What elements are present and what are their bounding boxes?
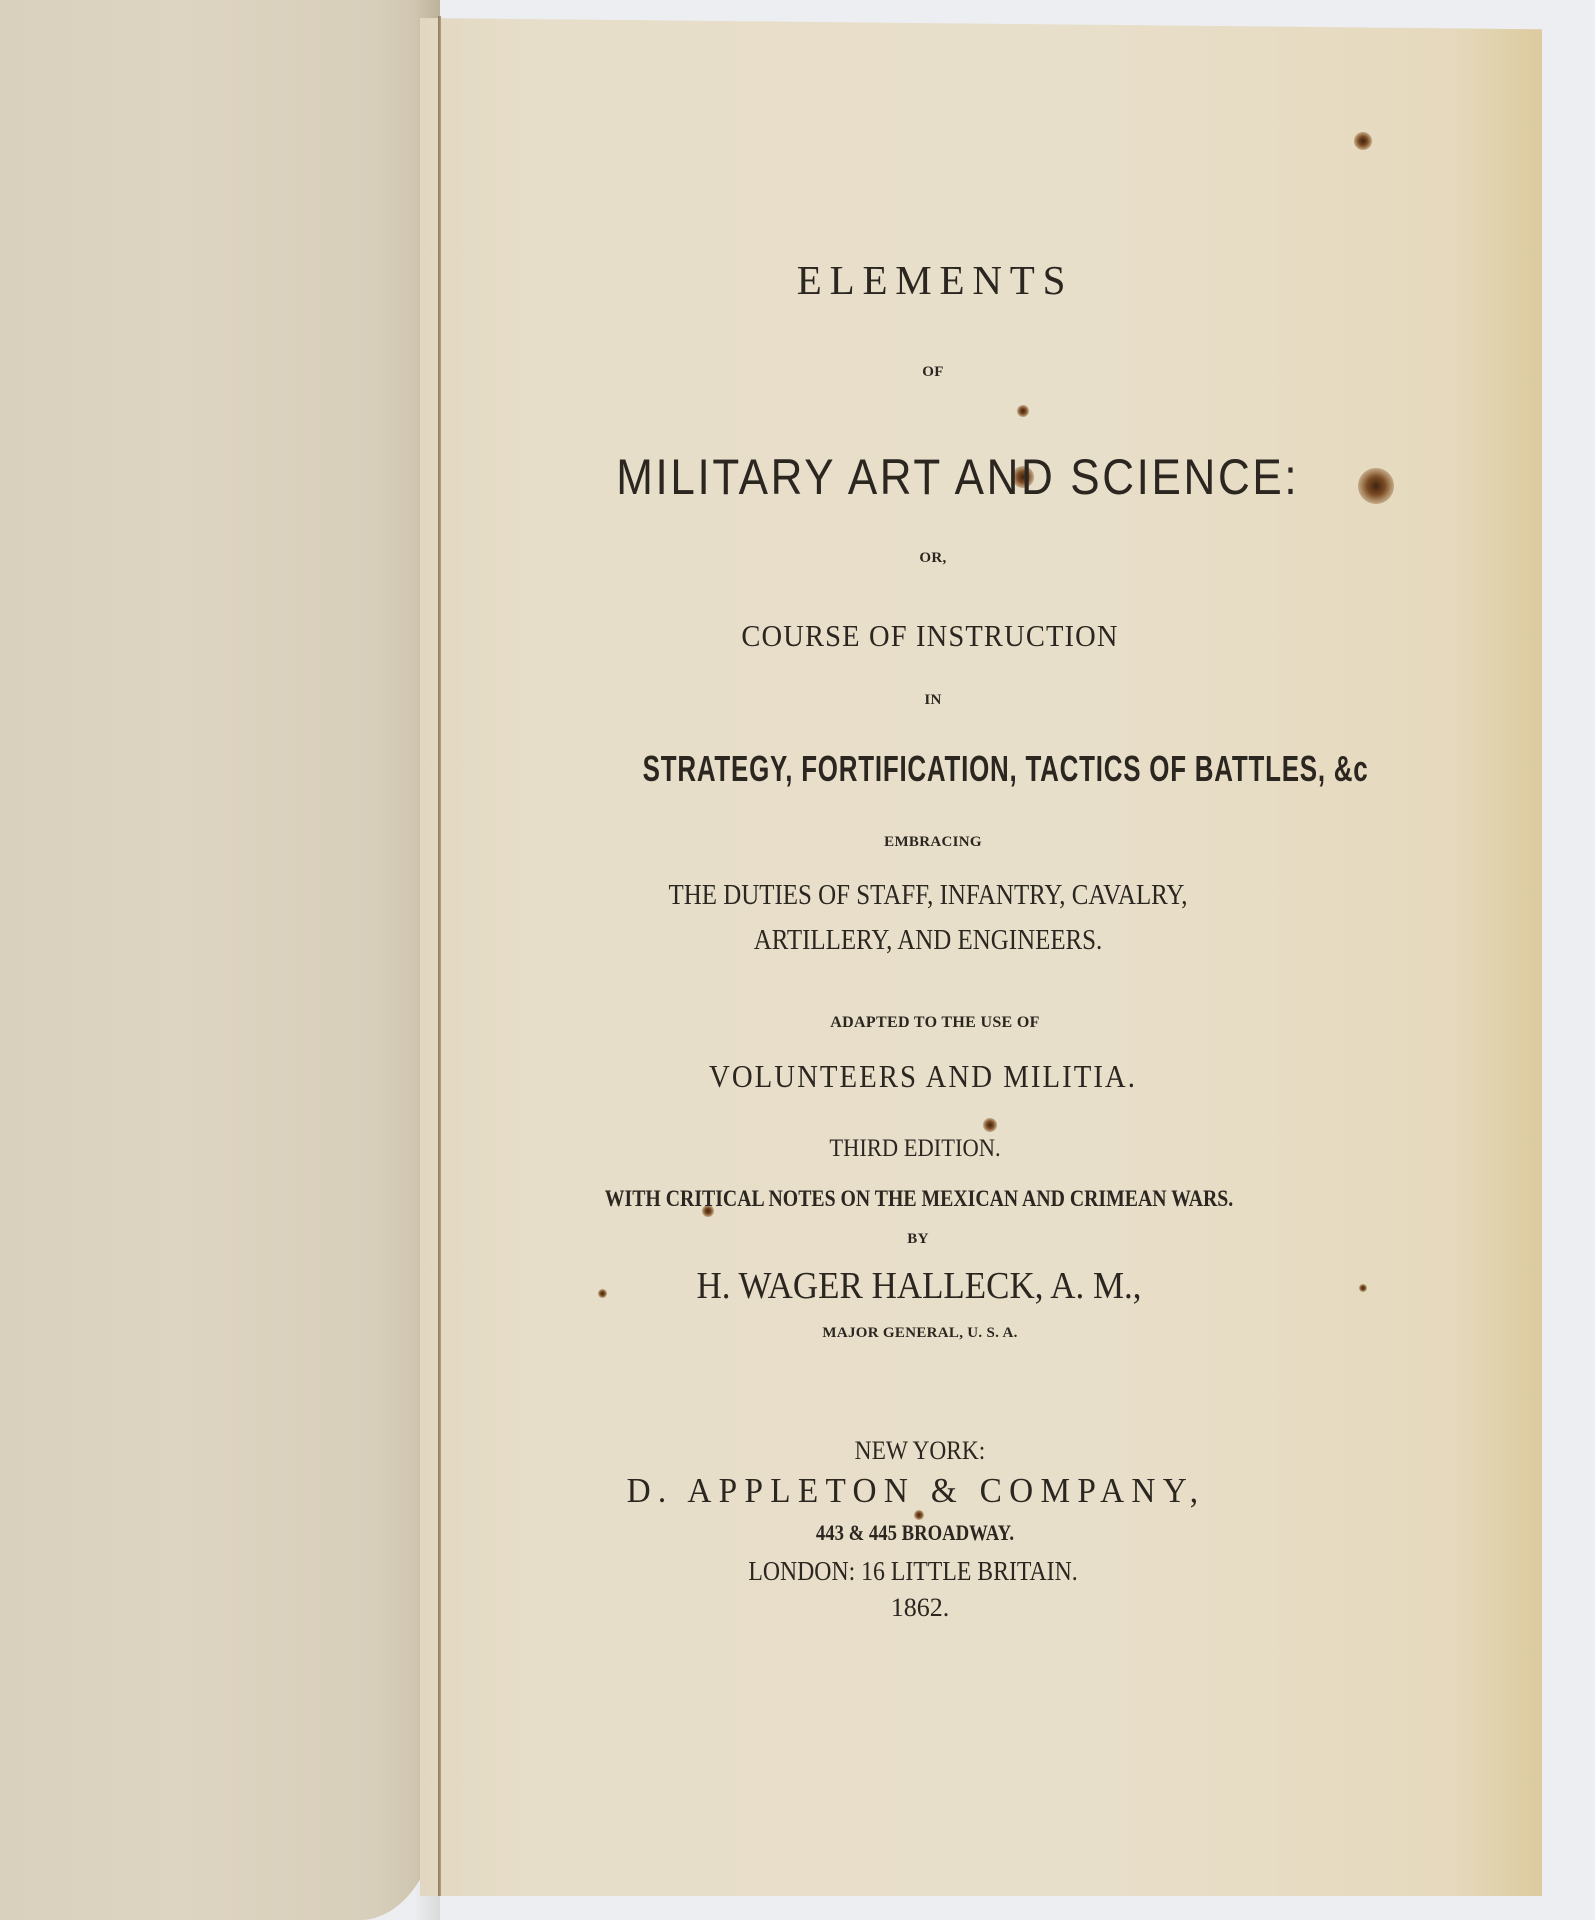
author-name: H. WAGER HALLECK, A. M., [677, 1264, 1161, 1308]
foxing-spot [598, 1289, 607, 1298]
subtitle-course: COURSE OF INSTRUCTION [718, 618, 1141, 654]
imprint-address: 443 & 445 BROADWAY. [800, 1520, 1030, 1546]
title-of: OF [893, 364, 973, 381]
left-page-blank [0, 0, 440, 1920]
book-gutter [438, 16, 441, 1896]
author-rank: MAJOR GENERAL, U. S. A. [795, 1325, 1045, 1342]
or-connector: OR, [893, 550, 973, 567]
foxing-spot [1359, 1284, 1367, 1292]
foxing-spot [983, 1118, 997, 1132]
foxing-spot [1358, 468, 1394, 504]
foxing-spot [914, 1510, 924, 1520]
duties-line-2: ARTILLERY, AND ENGINEERS. [747, 924, 1108, 957]
foxing-spot [1354, 132, 1372, 150]
audience-line: VOLUNTEERS AND MILITIA. [701, 1058, 1146, 1095]
topics-line: STRATEGY, FORTIFICATION, TACTICS OF BATT… [643, 748, 1192, 790]
duties-line-1: THE DUTIES OF STAFF, INFANTRY, CAVALRY, [653, 879, 1203, 912]
notes-line: WITH CRITICAL NOTES ON THE MEXICAN AND C… [583, 1186, 1256, 1212]
by-label: BY [893, 1231, 943, 1248]
embracing-label: EMBRACING [853, 834, 1013, 851]
imprint-year: 1862. [870, 1593, 970, 1623]
imprint-city: NEW YORK: [839, 1436, 1001, 1466]
edition-line: THIRD EDITION. [812, 1135, 1019, 1163]
imprint-london: LONDON: 16 LITTLE BRITAIN. [733, 1556, 1094, 1587]
imprint-publisher: D. APPLETON & COMPANY, [622, 1471, 1211, 1511]
foxing-spot [1017, 405, 1029, 417]
title-elements: ELEMENTS [790, 256, 1080, 304]
title-main: MILITARY ART AND SCIENCE: [616, 448, 1250, 506]
in-connector: IN [893, 692, 973, 709]
adapted-label: ADAPTED TO THE USE OF [790, 1014, 1080, 1032]
